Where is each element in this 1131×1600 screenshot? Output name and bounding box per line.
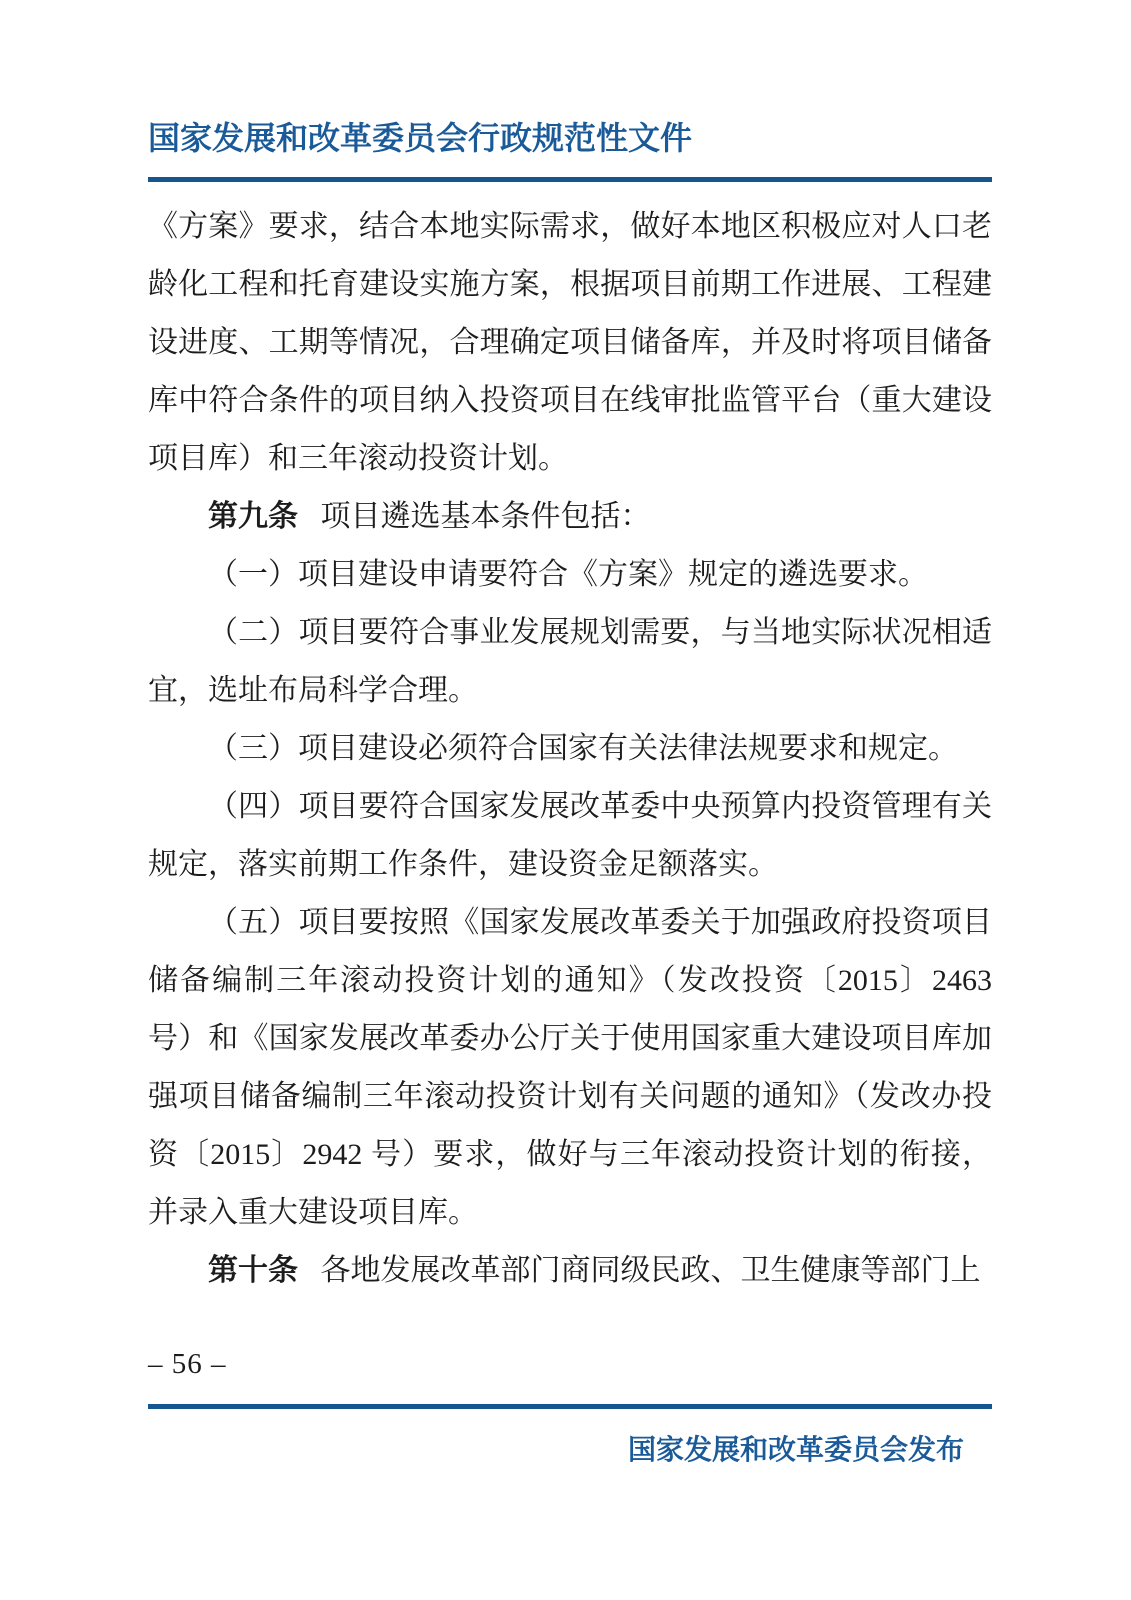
- page-number: – 56 –: [148, 1348, 227, 1381]
- paragraph-text: （五）项目要按照《国家发展改革委关于加强政府投资项目储备编制三年滚动投资计划的通…: [148, 906, 992, 1229]
- paragraph-text: （三）项目建设必须符合国家有关法律法规要求和规定。: [208, 732, 958, 765]
- paragraph-text: （二）项目要符合事业发展规划需要，与当地实际状况相适宜，选址布局科学合理。: [148, 616, 992, 707]
- paragraph-text: 项目遴选基本条件包括：: [321, 500, 651, 533]
- paragraph-item-5: （五）项目要按照《国家发展改革委关于加强政府投资项目储备编制三年滚动投资计划的通…: [148, 894, 992, 1242]
- paragraph: 《方案》要求，结合本地实际需求，做好本地区积极应对人口老龄化工程和托育建设实施方…: [148, 198, 992, 488]
- paragraph-item-1: （一）项目建设申请要符合《方案》规定的遴选要求。: [148, 546, 992, 604]
- paragraph-text: （四）项目要符合国家发展改革委中央预算内投资管理有关规定，落实前期工作条件，建设…: [148, 790, 992, 881]
- document-body: 《方案》要求，结合本地实际需求，做好本地区积极应对人口老龄化工程和托育建设实施方…: [148, 198, 992, 1300]
- document-header-title: 国家发展和改革委员会行政规范性文件: [148, 116, 692, 160]
- paragraph-item-4: （四）项目要符合国家发展改革委中央预算内投资管理有关规定，落实前期工作条件，建设…: [148, 778, 992, 894]
- paragraph-item-2: （二）项目要符合事业发展规划需要，与当地实际状况相适宜，选址布局科学合理。: [148, 604, 992, 720]
- footer-divider: [148, 1404, 992, 1409]
- paragraph-text: 各地发展改革部门商同级民政、卫生健康等部门上: [321, 1254, 981, 1287]
- article-number: 第十条: [208, 1254, 298, 1287]
- header-divider: [148, 177, 992, 182]
- document-page: 国家发展和改革委员会行政规范性文件 《方案》要求，结合本地实际需求，做好本地区积…: [0, 0, 1131, 1600]
- publisher-label: 国家发展和改革委员会发布: [148, 1428, 964, 1468]
- paragraph-article-10: 第十条各地发展改革部门商同级民政、卫生健康等部门上: [148, 1242, 992, 1300]
- paragraph-text: （一）项目建设申请要符合《方案》规定的遴选要求。: [208, 558, 928, 591]
- paragraph-item-3: （三）项目建设必须符合国家有关法律法规要求和规定。: [148, 720, 992, 778]
- paragraph-article-9: 第九条项目遴选基本条件包括：: [148, 488, 992, 546]
- article-number: 第九条: [208, 500, 298, 533]
- paragraph-text: 《方案》要求，结合本地实际需求，做好本地区积极应对人口老龄化工程和托育建设实施方…: [148, 210, 992, 475]
